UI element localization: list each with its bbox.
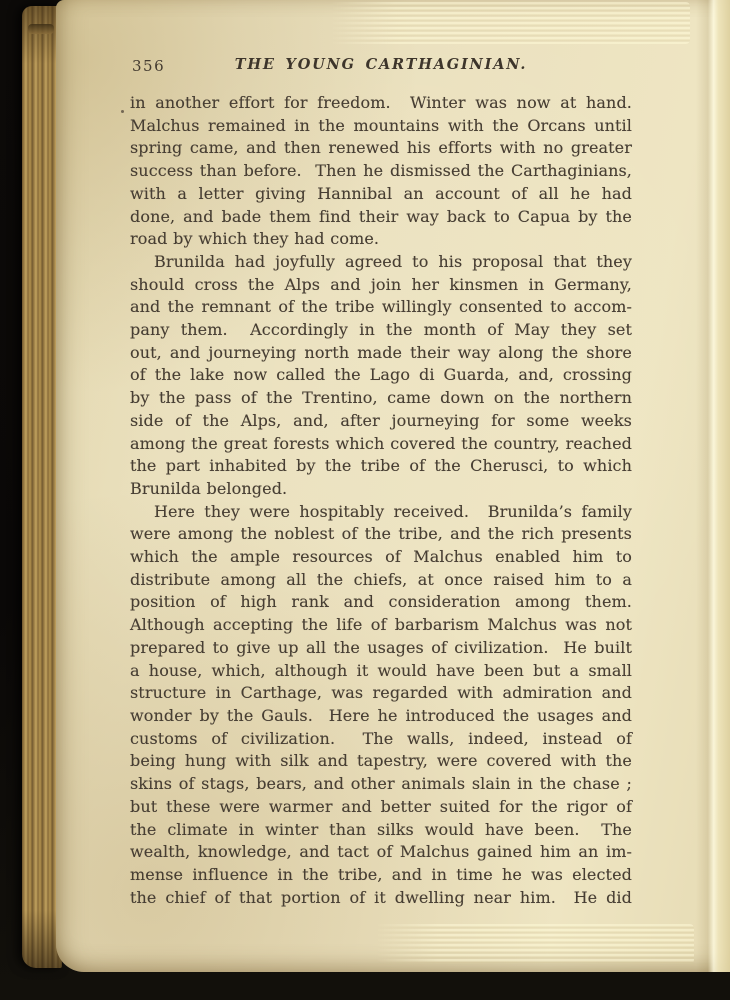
text-line: structure in Carthage, was regarded with…: [130, 682, 632, 705]
text-line: pany them. Accordingly in the month of M…: [130, 319, 632, 342]
text-line: in another effort for freedom. Winter wa…: [130, 92, 632, 115]
gutter-shadow: [696, 0, 730, 972]
text-block: 356 THE YOUNG CARTHAGINIAN. in another e…: [130, 56, 632, 82]
text-line: were among the noblest of the tribe, and…: [130, 523, 632, 546]
text-line: the climate in winter than silks would h…: [130, 819, 632, 842]
print-speck: [121, 110, 124, 113]
text-line: Malchus remained in the mountains with t…: [130, 115, 632, 138]
text-line: side of the Alps, and, after journeying …: [130, 410, 632, 433]
text-line: mense influence in the tribe, and in tim…: [130, 864, 632, 887]
book-photo: 356 THE YOUNG CARTHAGINIAN. in another e…: [0, 0, 730, 1000]
text-line: prepared to give up all the usages of ci…: [130, 637, 632, 660]
text-line: success than before. Then he dismissed t…: [130, 160, 632, 183]
text-line: which the ample resources of Malchus ena…: [130, 546, 632, 569]
text-line: wonder by the Gauls. Here he introduced …: [130, 705, 632, 728]
page-header: 356 THE YOUNG CARTHAGINIAN.: [130, 56, 632, 82]
text-line: with a letter giving Hannibal an account…: [130, 183, 632, 206]
text-line: but these were warmer and better suited …: [130, 796, 632, 819]
page-text: in another effort for freedom. Winter wa…: [130, 92, 632, 909]
paragraph: Brunilda had joyfully agreed to his prop…: [130, 251, 632, 501]
text-line: Brunilda had joyfully agreed to his prop…: [130, 251, 632, 274]
text-line: should cross the Alps and join her kinsm…: [130, 274, 632, 297]
text-line: a house, which, although it would have b…: [130, 660, 632, 683]
text-line: by the pass of the Trentino, came down o…: [130, 387, 632, 410]
text-line: of the lake now called the Lago di Guard…: [130, 364, 632, 387]
text-line: among the great forests which covered th…: [130, 433, 632, 456]
text-line: customs of civilization. The walls, inde…: [130, 728, 632, 751]
text-line: spring came, and then renewed his effort…: [130, 137, 632, 160]
paragraph: Here they were hospitably received. Brun…: [130, 501, 632, 910]
text-line: done, and bade them find their way back …: [130, 206, 632, 229]
text-line: Although accepting the life of barbarism…: [130, 614, 632, 637]
text-line: distribute among all the chiefs, at once…: [130, 569, 632, 592]
text-line: road by which they had come.: [130, 228, 632, 251]
text-line: Brunilda belonged.: [130, 478, 632, 501]
page-edge-notch: [28, 24, 54, 34]
text-line: the part inhabited by the tribe of the C…: [130, 455, 632, 478]
book-page: 356 THE YOUNG CARTHAGINIAN. in another e…: [56, 0, 730, 972]
page-edge-streaks-bottom: [376, 924, 694, 964]
text-line: and the remnant of the tribe willingly c…: [130, 296, 632, 319]
running-title: THE YOUNG CARTHAGINIAN.: [130, 56, 632, 73]
page-number: 356: [132, 57, 165, 75]
text-line: the chief of that portion of it dwelling…: [130, 887, 632, 910]
text-line: position of high rank and consideration …: [130, 591, 632, 614]
text-line: skins of stags, bears, and other animals…: [130, 773, 632, 796]
page-edge-streaks-top: [331, 2, 690, 44]
text-line: out, and journeying north made their way…: [130, 342, 632, 365]
text-line: Here they were hospitably received. Brun…: [130, 501, 632, 524]
text-line: wealth, knowledge, and tact of Malchus g…: [130, 841, 632, 864]
paragraph: in another effort for freedom. Winter wa…: [130, 92, 632, 251]
text-line: being hung with silk and tapestry, were …: [130, 750, 632, 773]
